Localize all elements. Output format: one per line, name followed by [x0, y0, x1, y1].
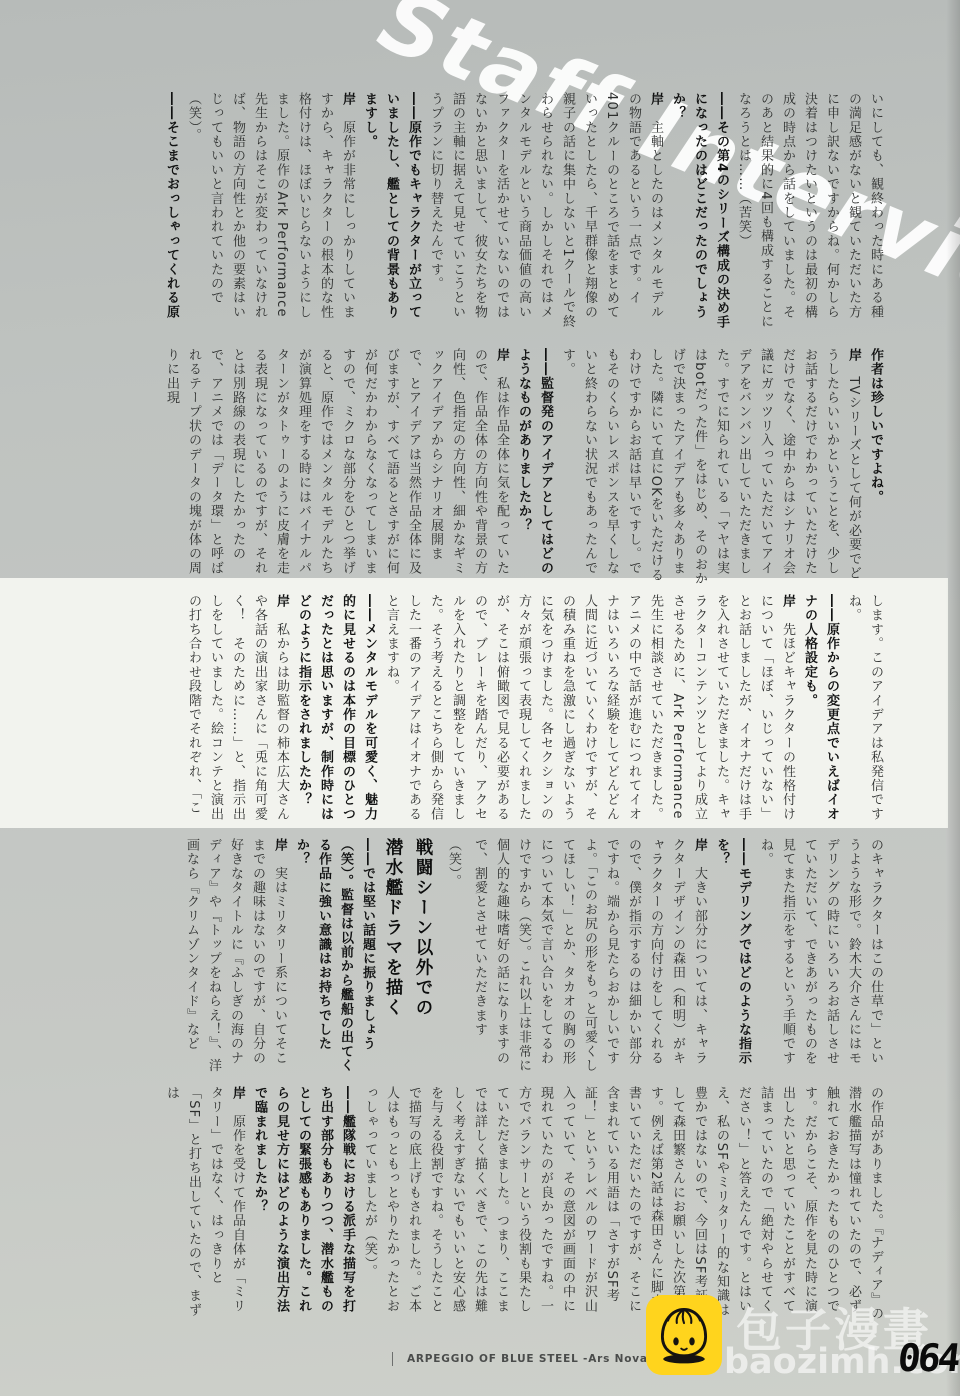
interview-text-band-1: いにしても、観終わった時にある種の満足感がないと観ていただいた方に申し訳ないです…: [160, 92, 886, 330]
interviewee-answer-text: 大きい部分については、キャラクターデザインの森田（和明）がキャラクターの方向付け…: [446, 838, 707, 1073]
scan-edge-shadow: [946, 0, 960, 1396]
interviewer-question-text: 岸: [648, 92, 663, 120]
interviewer-question-text: 岸: [272, 838, 287, 866]
interviewer-question-text: 岸: [846, 348, 861, 376]
interviewee-answer-text: 原作を受けて作品自体が「ミリタリー」ではなく、はっきりと「SF」と打ち出していた…: [164, 1086, 245, 1317]
footer-title: ARPEGGIO OF BLUE STEEL -Ars Nova-: [407, 1353, 653, 1365]
interviewer-question-text: ――そこまでおっしゃってくれる原: [164, 92, 179, 319]
interviewer-question-text: 岸: [780, 594, 795, 622]
interviewee-answer-text: 私は作品全体に気を配っていたので、作品全体の方向性や背景の方向性、色指定の方向性…: [164, 348, 509, 575]
interviewer-question-text: ――原作からの変更点でいえばイオナの人格設定も。: [802, 594, 839, 821]
interviewee-answer-text: の作品がありました。『ナディア』の潜水艦描写は憧れていたので、必ず触れておきたか…: [362, 1086, 883, 1323]
magazine-page: Staff Interview いにしても、観終わった時にある種の満足感がないと…: [0, 0, 960, 1396]
interview-text-band-5: の作品がありました。『ナディア』の潜水艦描写は憧れていたので、必ず触れておきたか…: [160, 1086, 886, 1324]
interviewee-answer-text: 実はミリタリー系についてそこまでの趣味はないのですが、自分の好きなタイトルに『ふ…: [184, 838, 287, 1073]
page-footer: ARPEGGIO OF BLUE STEEL -Ars Nova-: [392, 1352, 668, 1366]
interviewer-question-text: ――監督発のアイデアとしてはどのようなものがありましたか？: [516, 348, 553, 575]
interviewer-question-text: 岸: [230, 1086, 245, 1114]
page-number: 064: [896, 1336, 960, 1380]
interviewer-question-text: ――艦隊戦における派手な描写を打ち出す部分もありつつ、潜水艦ものとしての緊張感も…: [252, 1086, 355, 1313]
interviewee-answer-text: 私からは助監督の柿本広大さんや各話の演出家さんに「兎に角可愛く！ そのために………: [186, 594, 289, 821]
interviewee-answer-text: いにしても、観終わった時にある種の満足感がないと観ていただいた方に申し訳ないです…: [736, 92, 883, 329]
interviewee-answer-text: 主軸としたのはメンタルモデルの物語であるという一点です。イ401クルーのところで…: [428, 92, 663, 329]
interviewer-question-text: ――モデリングではどのような指示を？: [714, 838, 751, 1065]
interviewer-question-text: ――原作でもキャラクターが立っていましたし、艦としての背景もありますし。: [362, 92, 421, 319]
baozi-bun-mascot-icon: [646, 1295, 722, 1375]
interviewer-question-text: ――では堅い話題に振りましょう（笑）。監督は以前から艦船の出てくる作品に強い意識…: [294, 838, 375, 1073]
interviewer-question-text: ――メンタルモデルを可愛く、魅力的に見せるのは本作の目標のひとつだったとは思いま…: [296, 594, 377, 821]
interviewer-question-text: 岸: [494, 348, 509, 376]
interviewee-answer-text: TVシリーズとして何が必要でどうしたらいいかということを、少しお話するだけでわか…: [560, 348, 861, 586]
bun-mascot-drawing: [652, 1301, 716, 1369]
section-headline: 戦闘シーン以外での 潜水艦ドラマを描く: [383, 838, 433, 1018]
interviewer-question-text: 岸: [274, 594, 289, 622]
interviewee-answer-text: のキャラクターはこの仕草で」というような形で。鈴木大介さんにはモデリングの時にい…: [758, 838, 883, 1065]
interviewer-question-text: 作者は珍しいですよね。: [868, 348, 883, 504]
interviewer-question-text: 岸: [692, 838, 707, 866]
interviewer-question-text: 岸: [340, 92, 355, 120]
interviewee-answer-text: 原作が非常にしっかりしていますから、キャラクターの根本的な性格付けは、ほぼいじら…: [186, 92, 355, 319]
interviewee-answer-text: します。このアイデアは私発信ですね。: [846, 594, 883, 821]
interview-text-band-3: します。このアイデアは私発信ですね。 ――原作からの変更点でいえばイオナの人格設…: [182, 594, 886, 832]
interviewer-question-text: ――その第4のシリーズ構成の決め手になったのはどこだったのでしょうか？: [670, 92, 729, 329]
interview-text-band-4: のキャラクターはこの仕草で」というような形で。鈴木大介さんにはモデリングの時にい…: [180, 838, 886, 1076]
interviewee-answer-text: 先ほどキャラクターの性格付けについて「ほぼ、いじっていない」とお話しましたが、イ…: [384, 594, 795, 821]
footer-divider: [392, 1352, 393, 1366]
interview-text-band-2: 作者は珍しいですよね。 岸 TVシリーズとして何が必要でどうしたらいいかというこ…: [160, 348, 886, 586]
